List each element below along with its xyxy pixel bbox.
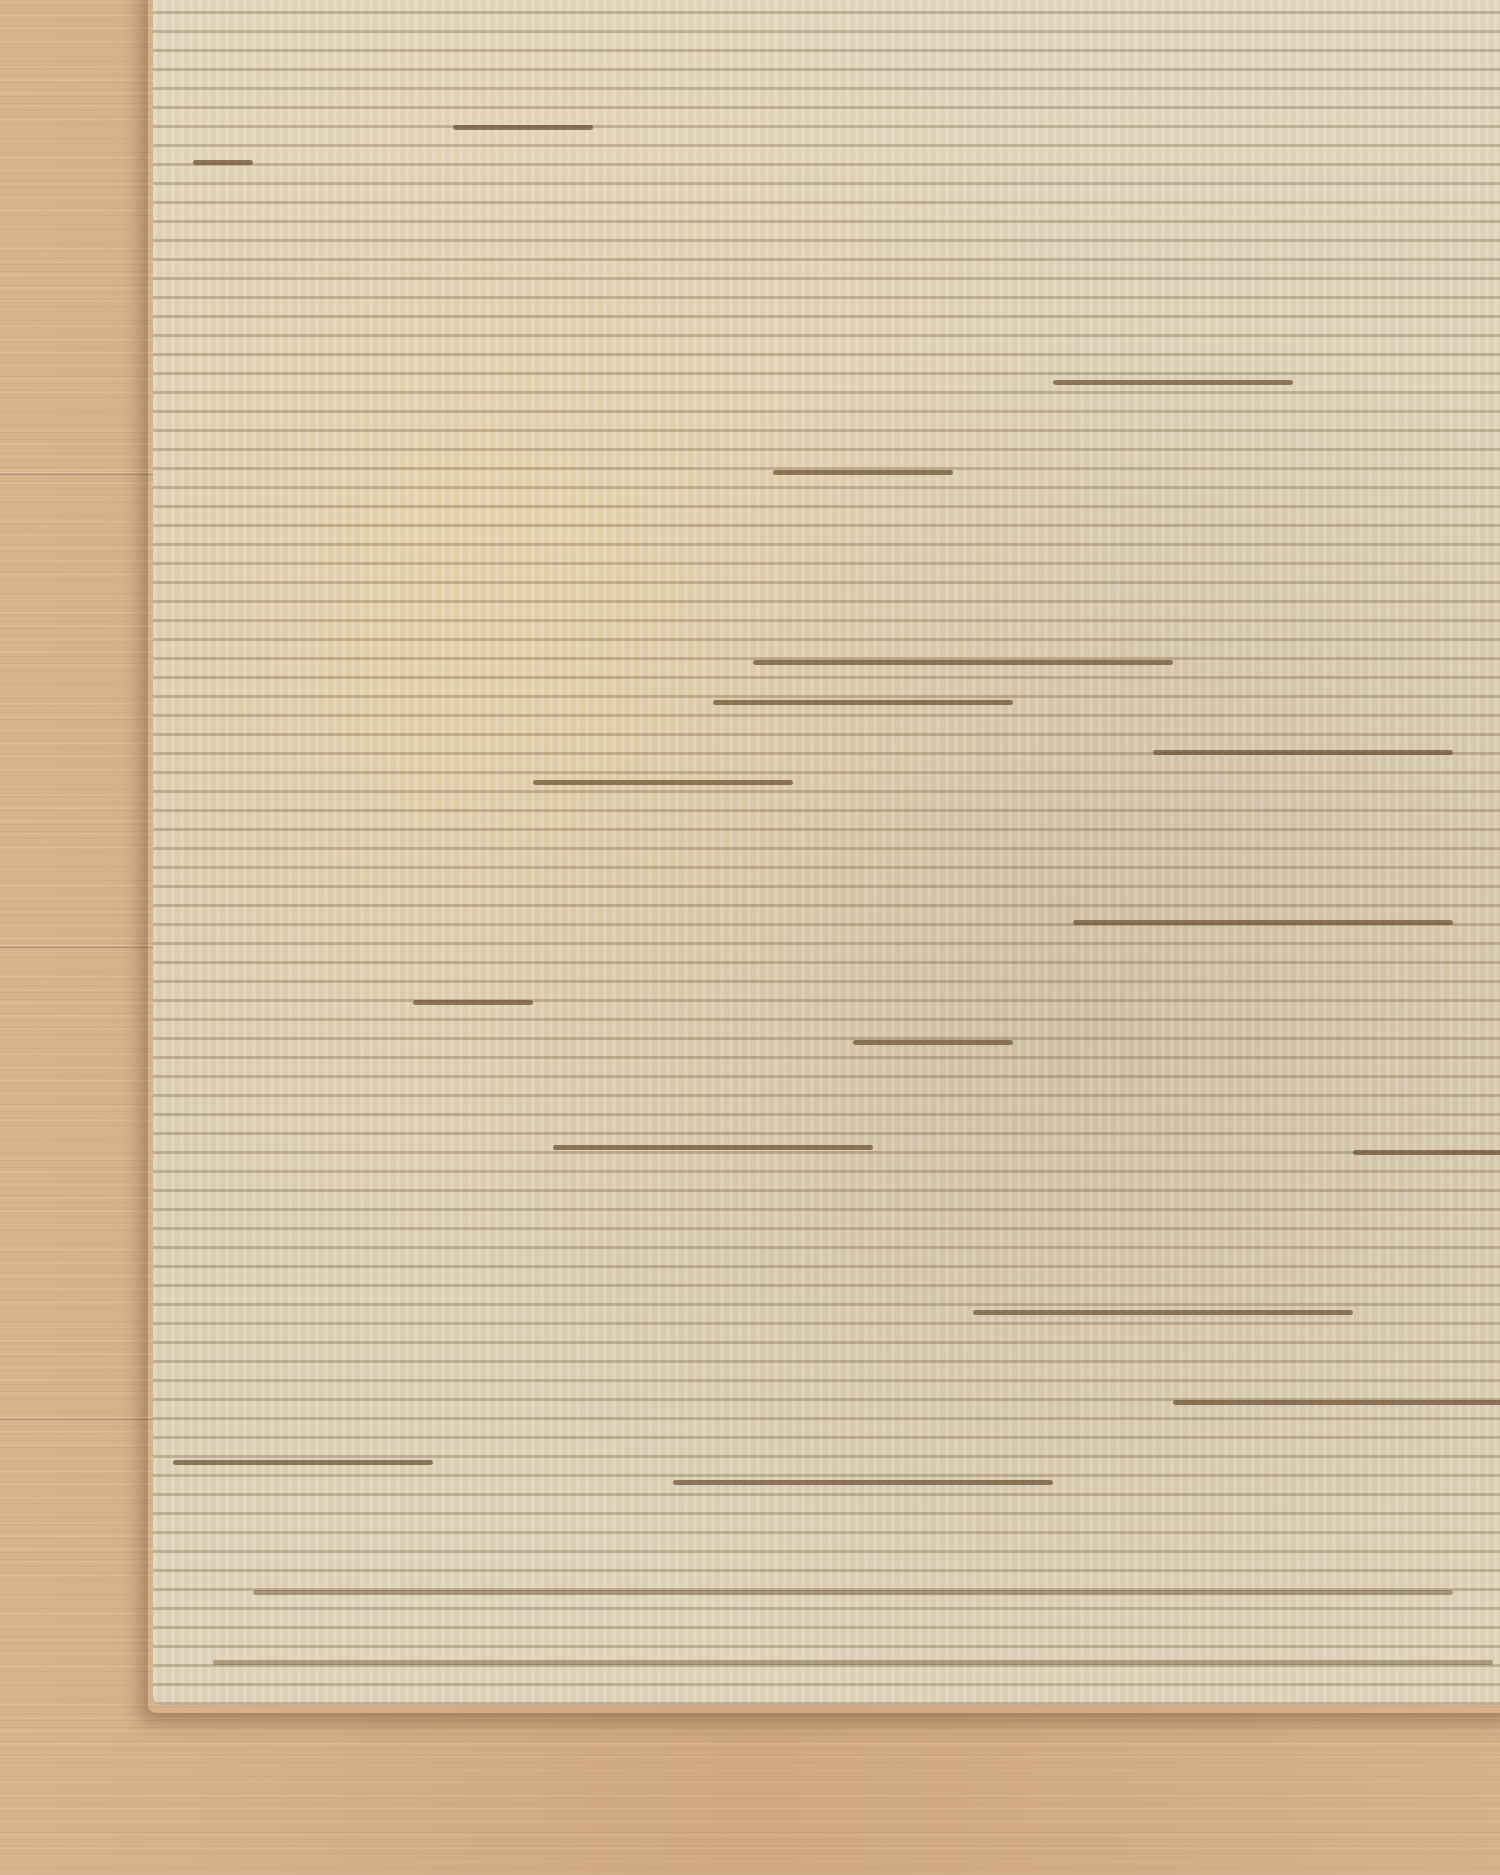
rug xyxy=(153,0,1500,1705)
rug-pattern-dash xyxy=(773,470,953,475)
floor-plank-seam xyxy=(0,472,160,475)
rug-pattern-dash xyxy=(193,160,253,165)
rug-pattern-dash xyxy=(853,1040,1013,1045)
rug-pattern-dash xyxy=(413,1000,533,1005)
rug-pattern-dash xyxy=(1353,1150,1500,1155)
rug-pattern-dash xyxy=(253,1590,1453,1595)
rug-pattern-dash xyxy=(753,660,1173,665)
rug-pattern-dash xyxy=(453,125,593,130)
rug-pattern-dash xyxy=(553,1145,873,1150)
rug-pattern-dash xyxy=(1073,920,1453,925)
rug-pattern-dash xyxy=(213,1660,1493,1665)
rug-pattern-dash xyxy=(973,1310,1353,1315)
floor-plank-seam xyxy=(0,945,160,948)
rug-pattern-dash xyxy=(173,1460,433,1465)
rug-pattern-dash xyxy=(673,1480,1053,1485)
rug-pattern-dash xyxy=(1173,1400,1500,1405)
rug-pattern-dash xyxy=(1153,750,1453,755)
floor-plank-seam xyxy=(0,1417,160,1420)
rug-pattern-dash xyxy=(713,700,1013,705)
rug-pattern-dash xyxy=(1053,380,1293,385)
rug-pattern-dash xyxy=(533,780,793,785)
